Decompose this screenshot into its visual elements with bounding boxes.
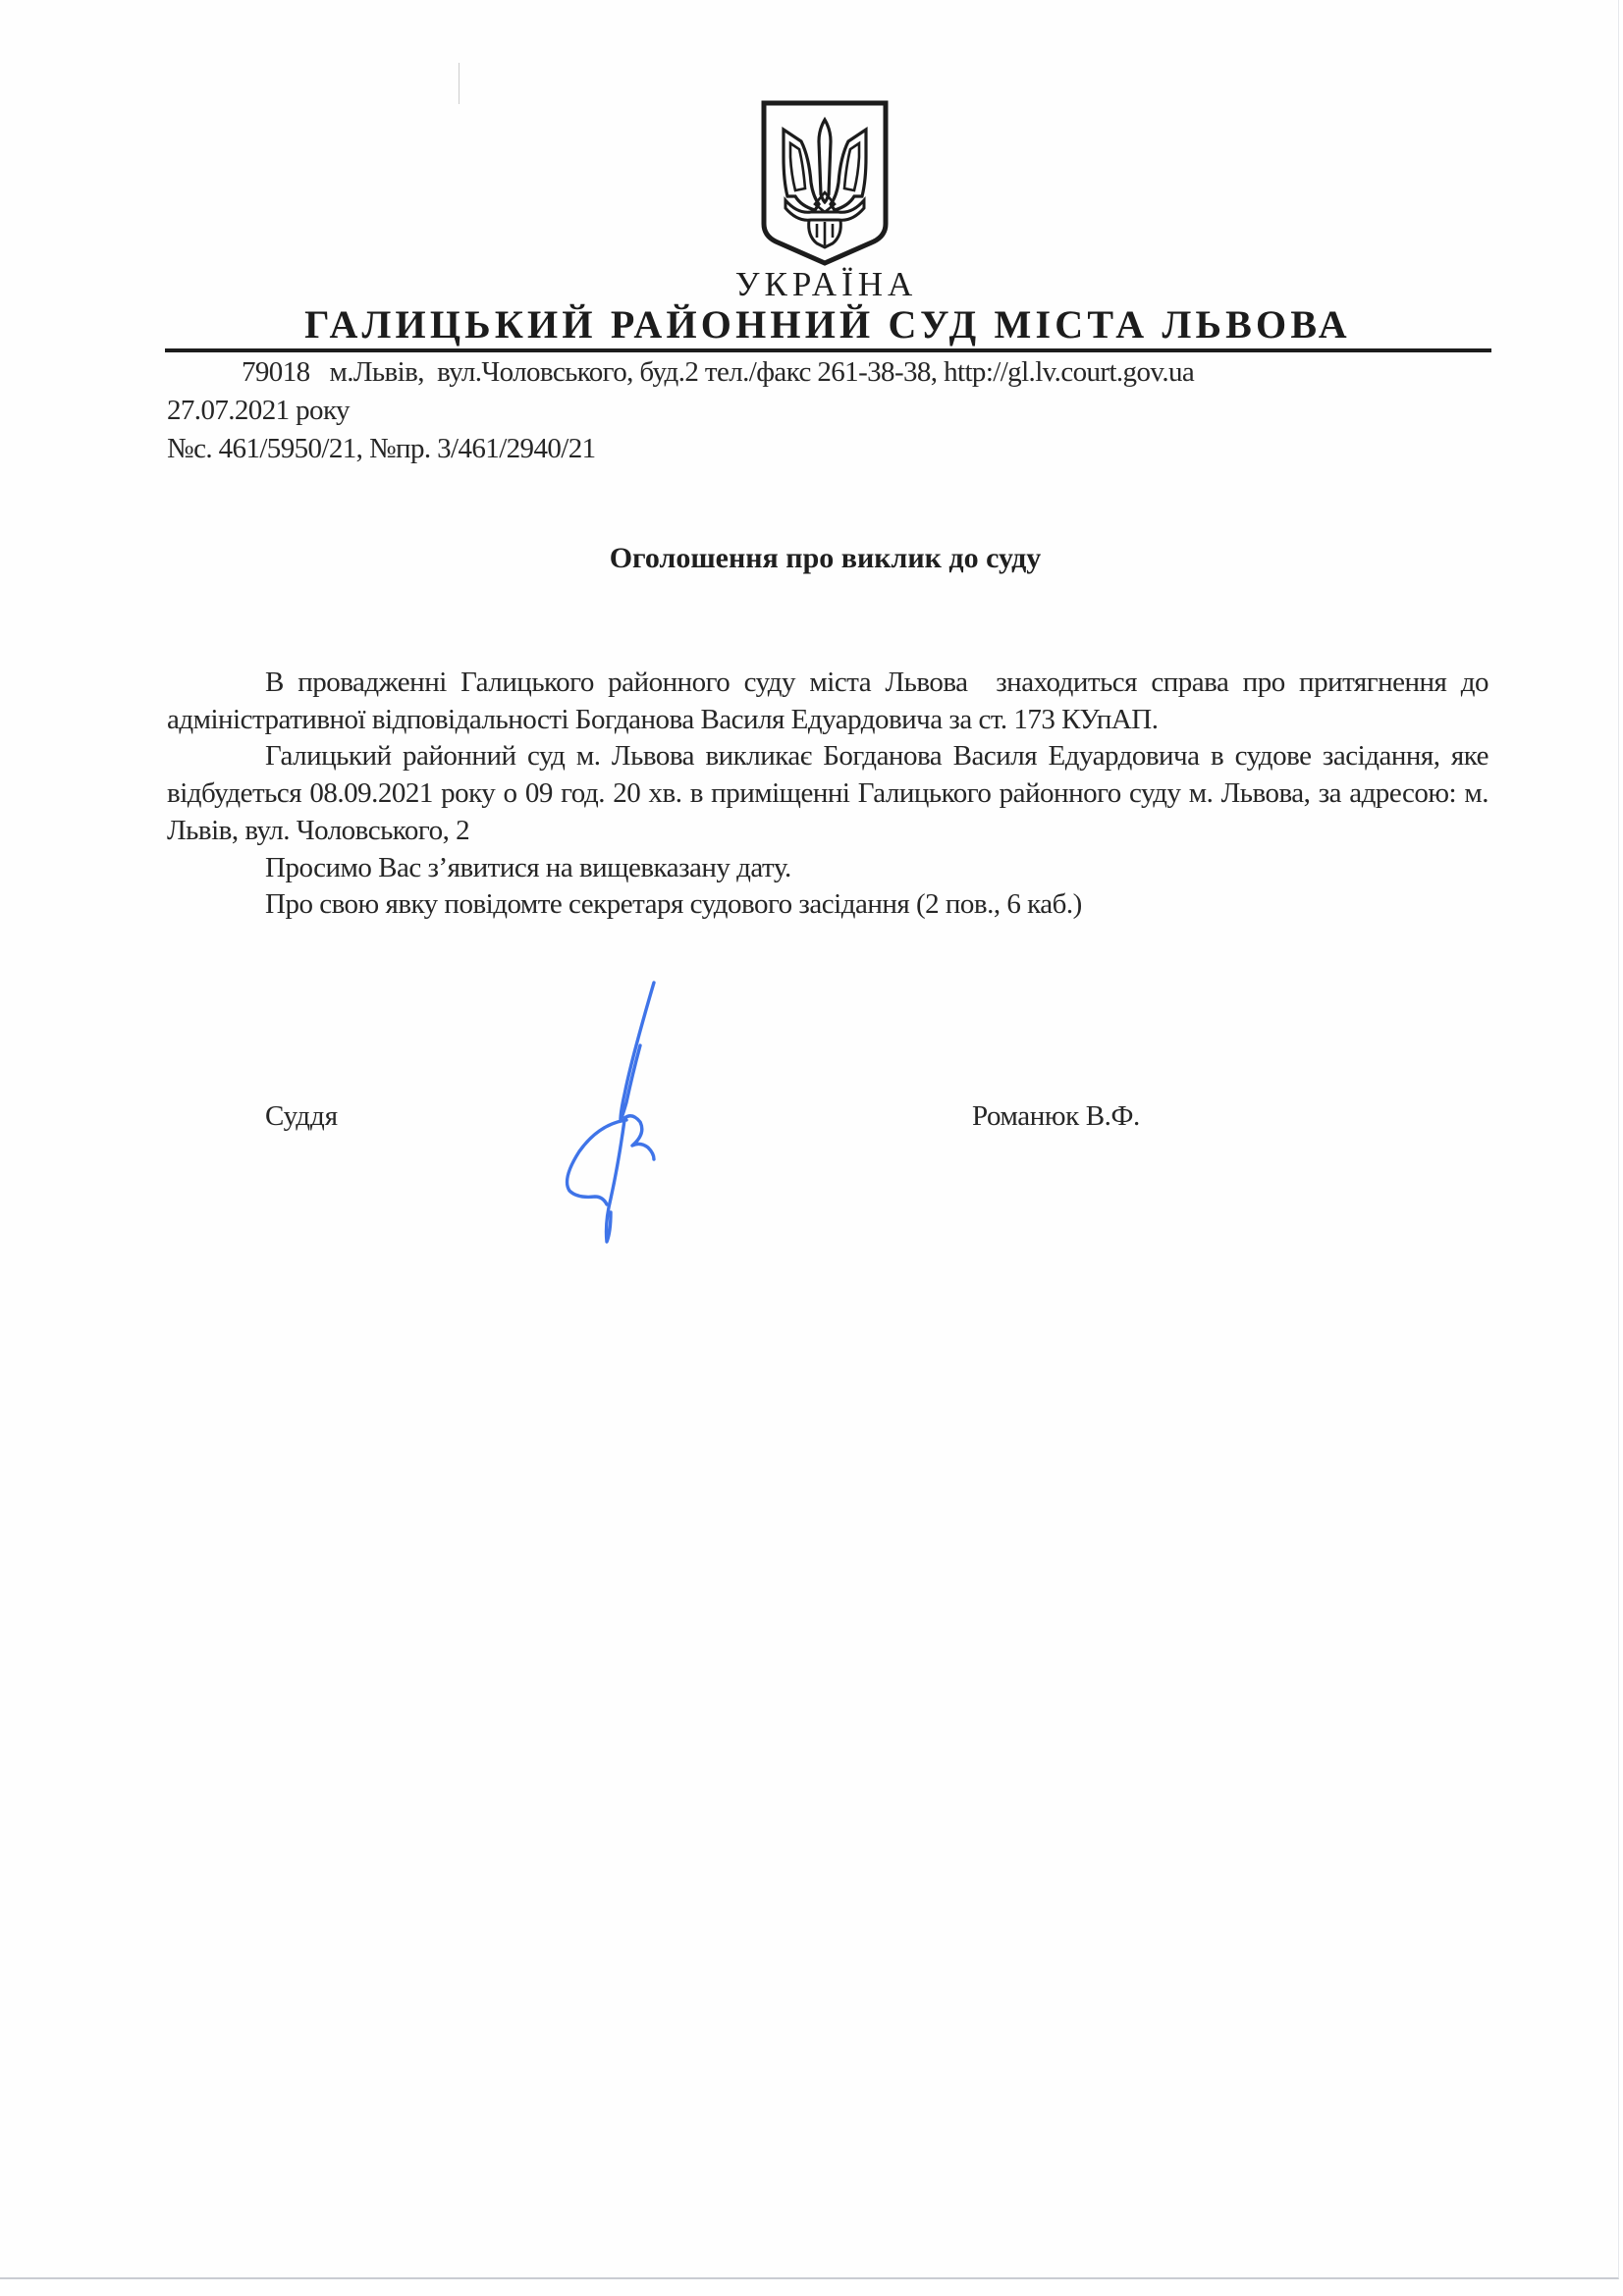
country-heading: УКРАЇНА	[0, 265, 1623, 304]
document-title: Оголошення про виклик до суду	[0, 540, 1623, 577]
document-page: УКРАЇНА ГАЛИЦЬКИЙ РАЙОННИЙ СУД МІСТА ЛЬВ…	[0, 0, 1619, 2279]
header-divider	[165, 348, 1491, 352]
paragraph-summons: Галицький районний суд м. Львова виклика…	[167, 738, 1488, 849]
scan-artifact-mark	[459, 63, 460, 104]
paragraph-notify-secretary: Про свою явку повідомте секретаря судово…	[167, 886, 1488, 924]
court-address-line: 79018 м.Львів, вул.Чоловського, буд.2 те…	[242, 354, 1194, 391]
judge-role-label: Суддя	[265, 1098, 338, 1135]
judge-name: Романюк В.Ф.	[972, 1098, 1140, 1135]
paragraph-request: Просимо Вас з’явитися на вищевказану дат…	[167, 850, 1488, 887]
document-body: В провадженні Галицького районного суду …	[167, 665, 1488, 924]
document-date: 27.07.2021 року	[167, 393, 350, 429]
court-name-heading: ГАЛИЦЬКИЙ РАЙОННИЙ СУД МІСТА ЛЬВОВА	[165, 303, 1490, 347]
ukraine-coat-of-arms-icon	[758, 98, 892, 267]
handwritten-signature-icon	[530, 977, 687, 1252]
paragraph-case-info: В провадженні Галицького районного суду …	[167, 665, 1488, 738]
case-numbers: №с. 461/5950/21, №пр. 3/461/2940/21	[167, 431, 596, 467]
